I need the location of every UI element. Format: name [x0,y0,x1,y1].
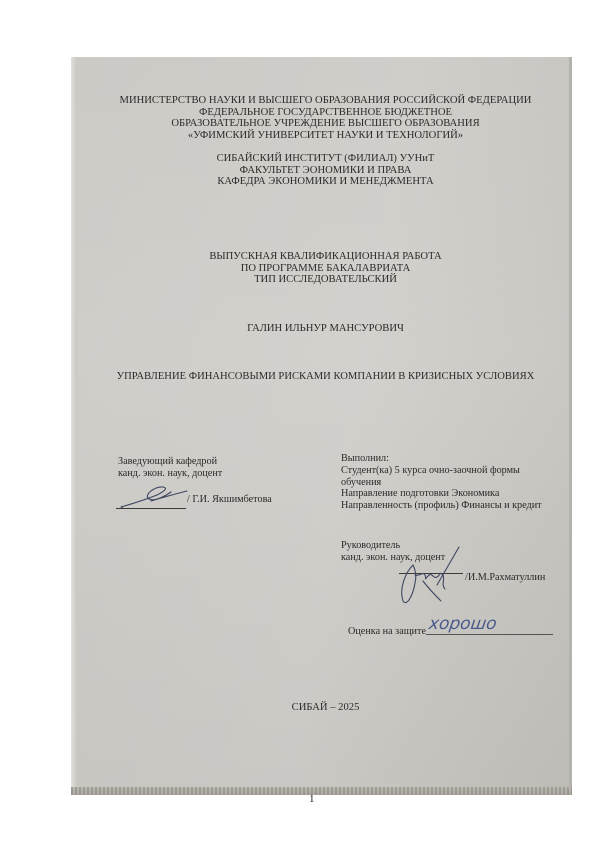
student-profile: Направленность (профиль) Финансы и креди… [341,500,542,512]
work-type: ВЫПУСКНАЯ КВАЛИФИКАЦИОННАЯ РАБОТА ПО ПРО… [75,251,576,286]
supervisor-signature-icon [393,545,465,607]
ministry-line: ФЕДЕРАЛЬНОЕ ГОСУДАРСТВЕННОЕ БЮДЖЕТНОЕ [75,107,576,119]
page-number: 1 [309,793,315,805]
student-direction: Направление подготовки Экономика [341,488,542,500]
ministry-line: «УФИМСКИЙ УНИВЕРСИТЕТ НАУКИ И ТЕХНОЛОГИЙ… [75,130,576,142]
title-page-photo: МИНИСТЕРСТВО НАУКИ И ВЫСШЕГО ОБРАЗОВАНИЯ… [71,57,572,795]
author-name: ГАЛИН ИЛЬНУР МАНСУРОВИЧ [75,323,576,335]
head-title: Заведующий кафедрой [118,456,222,468]
head-degree: канд. экон. наук, доцент [118,468,222,480]
department-line: КАФЕДРА ЭКОНОМИКИ И МЕНЕДЖМЕНТА [75,176,576,188]
city-year: СИБАЙ – 2025 [75,702,576,714]
institute-header: СИБАЙСКИЙ ИНСТИТУТ (ФИЛИАЛ) УУНиТ ФАКУЛЬ… [75,153,576,188]
student-block: Выполнил: Студент(ка) 5 курса очно-заочн… [341,453,542,512]
head-signature-icon [117,485,189,511]
supervisor-signer-name: /И.М.Рахматуллин [465,572,545,583]
student-label: Выполнил: [341,453,542,465]
ministry-header: МИНИСТЕРСТВО НАУКИ И ВЫСШЕГО ОБРАЗОВАНИЯ… [75,95,576,141]
grade-label: Оценка на защите [348,626,426,637]
grade-line [426,634,553,635]
grade-handwritten: хорошо [428,614,498,634]
ministry-line: ОБРАЗОВАТЕЛЬНОЕ УЧРЕЖДЕНИЕ ВЫСШЕГО ОБРАЗ… [75,118,576,130]
work-type-line: ТИП ИССЛЕДОВАТЕЛЬСКИЙ [75,274,576,286]
work-type-line: ПО ПРОГРАММЕ БАКАЛАВРИАТА [75,263,576,275]
student-course-cont: обучения [341,477,542,489]
faculty-line: ФАКУЛЬТЕТ ЭОНОМИКИ И ПРАВА [75,165,576,177]
work-type-line: ВЫПУСКНАЯ КВАЛИФИКАЦИОННАЯ РАБОТА [75,251,576,263]
institute-line: СИБАЙСКИЙ ИНСТИТУТ (ФИЛИАЛ) УУНиТ [75,153,576,165]
ministry-line: МИНИСТЕРСТВО НАУКИ И ВЫСШЕГО ОБРАЗОВАНИЯ… [75,95,576,107]
student-course: Студент(ка) 5 курса очно-заочной формы [341,465,542,477]
thesis-topic: УПРАВЛЕНИЕ ФИНАНСОВЫМИ РИСКАМИ КОМПАНИИ … [75,371,576,383]
head-of-department-block: Заведующий кафедрой канд. экон. наук, до… [118,456,222,480]
head-signer-name: / Г.И. Якшимбетова [187,494,272,505]
